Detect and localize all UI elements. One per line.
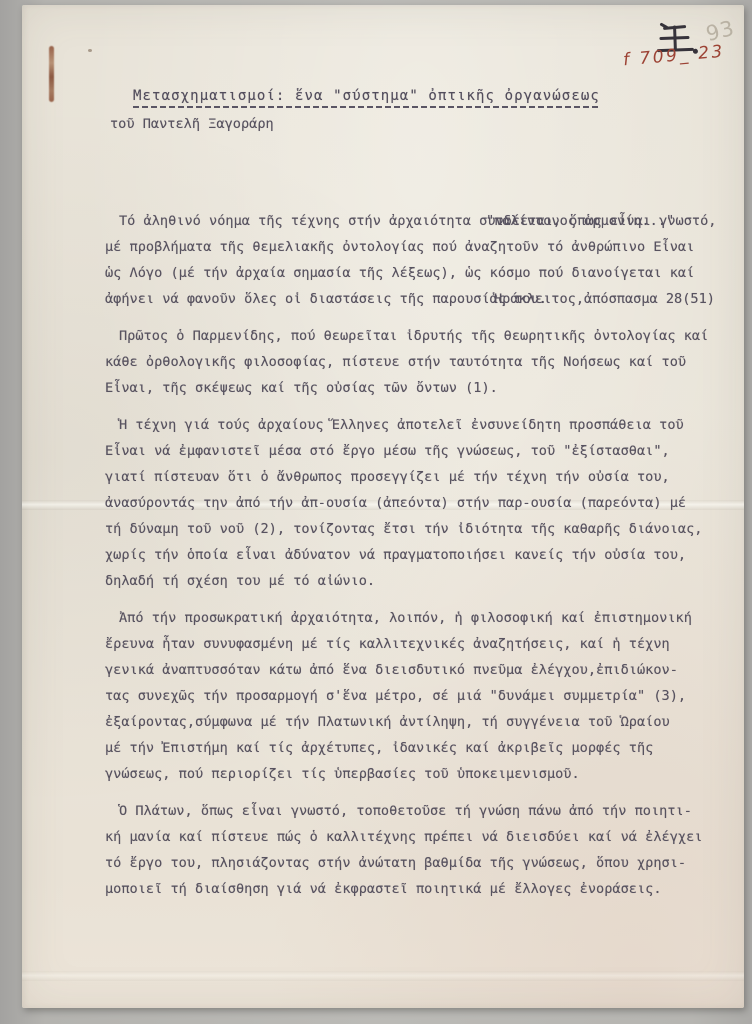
text-line: ἔρευνα ἦταν συνυφασμένη μέ τίς καλλιτεχν… — [105, 631, 716, 657]
text-line: κάθε ὀρθολογικῆς φιλοσοφίας, πίστευε στή… — [105, 349, 716, 375]
paragraph: Τό ἀληθινό νόημα τῆς τέχνης στήν ἀρχαιότ… — [105, 208, 716, 312]
text-line: μέ προβλήματα τῆς θεμελιακῆς ὀντολογίας … — [105, 234, 716, 260]
staple-rust-mark — [49, 46, 54, 102]
typescript-content: Μετασχηματισμοί: ἕνα "σύστημα" ὀπτικῆς ὀ… — [105, 88, 730, 132]
text-line: ὡς Λόγο (μέ τήν ἀρχαία σημασία τῆς λέξεω… — [105, 260, 716, 286]
text-line: Πρῶτος ὁ Παρμενίδης, πού θεωρεῖται ἱδρυτ… — [105, 323, 716, 349]
text-line: μέ τήν Ἐπιστήμη καί τίς ἀρχέτυπες, ἰδανι… — [105, 735, 716, 761]
text-line: Ἀπό τήν προσωκρατική ἀρχαιότητα, λοιπόν,… — [105, 605, 716, 631]
paragraph: Πρῶτος ὁ Παρμενίδης, πού θεωρεῖται ἱδρυτ… — [105, 323, 716, 401]
text-line: ἀφήνει νά φανοῦν ὅλες οἱ διαστάσεις τῆς … — [105, 286, 716, 312]
text-line: μοποιεῖ τή διαίσθηση γιά νά ἐκφραστεῖ πο… — [105, 876, 716, 902]
text-line: γενικά ἀναπτυσσόταν κάτω ἀπό ἕνα διεισδυ… — [105, 657, 716, 683]
text-line: Ἡ τέχνη γιά τούς ἀρχαίους Ἕλληνες ἀποτελ… — [105, 412, 716, 438]
text-line: δηλαδή τή σχέση του μέ τό αἰώνιο. — [105, 568, 716, 594]
text-line: κή μανία καί πίστευε πώς ὁ καλλιτέχνης π… — [105, 824, 716, 850]
text-line: Ὁ Πλάτων, ὅπως εἶναι γνωστό, τοποθετοῦσε… — [105, 798, 716, 824]
paper-crease — [22, 971, 744, 981]
scanned-typescript-page: 93 f 709_ 23 Μετασχηματισμοί: ἕνα "σύστη… — [22, 5, 744, 1008]
rust-dot — [88, 49, 92, 52]
text-line: τή δύναμη τοῦ νοῦ (2), τονίζοντας ἔτσι τ… — [105, 516, 716, 542]
paragraph: Ὁ Πλάτων, ὅπως εἶναι γνωστό, τοποθετοῦσε… — [105, 798, 716, 902]
text-line: Εἶναι νά ἐμφανιστεῖ μέσα στό ἔργο μέσω τ… — [105, 438, 716, 464]
author-byline: τοῦ Παντελῆ Ξαγοράρη — [110, 116, 730, 132]
text-line: ἀνασύροντάς την ἀπό τήν ἀπ-ουσία (ἀπεόντ… — [105, 490, 716, 516]
text-line: τό ἔργο του, πλησιάζοντας στήν ἀνώτατη β… — [105, 850, 716, 876]
text-line: Εἶναι, τῆς σκέψεως καί τῆς οὐσίας τῶν ὄν… — [105, 375, 716, 401]
document-title: Μετασχηματισμοί: ἕνα "σύστημα" ὀπτικῆς ὀ… — [133, 88, 600, 108]
body-text: Τό ἀληθινό νόημα τῆς τέχνης στήν ἀρχαιότ… — [105, 208, 716, 913]
paragraph: Ἡ τέχνη γιά τούς ἀρχαίους Ἕλληνες ἀποτελ… — [105, 412, 716, 594]
text-line: ἐξαίροντας,σύμφωνα μέ τήν Πλατωνική ἀντί… — [105, 709, 716, 735]
text-line: Τό ἀληθινό νόημα τῆς τέχνης στήν ἀρχαιότ… — [105, 208, 716, 234]
text-line: τας συνεχῶς τήν προσαρμογή σ'ἕνα μέτρο, … — [105, 683, 716, 709]
handwritten-archive-code: f 709_ 23 — [622, 42, 725, 71]
text-line: γιατί πίστευαν ὅτι ὁ ἄνθρωπος προσεγγίζε… — [105, 464, 716, 490]
paragraph: Ἀπό τήν προσωκρατική ἀρχαιότητα, λοιπόν,… — [105, 605, 716, 787]
text-line: γνώσεως, πού περιορίζει τίς ὑπερβασίες τ… — [105, 761, 716, 787]
text-line: χωρίς τήν ὁποία εἶναι ἀδύνατον νά πραγμα… — [105, 542, 716, 568]
